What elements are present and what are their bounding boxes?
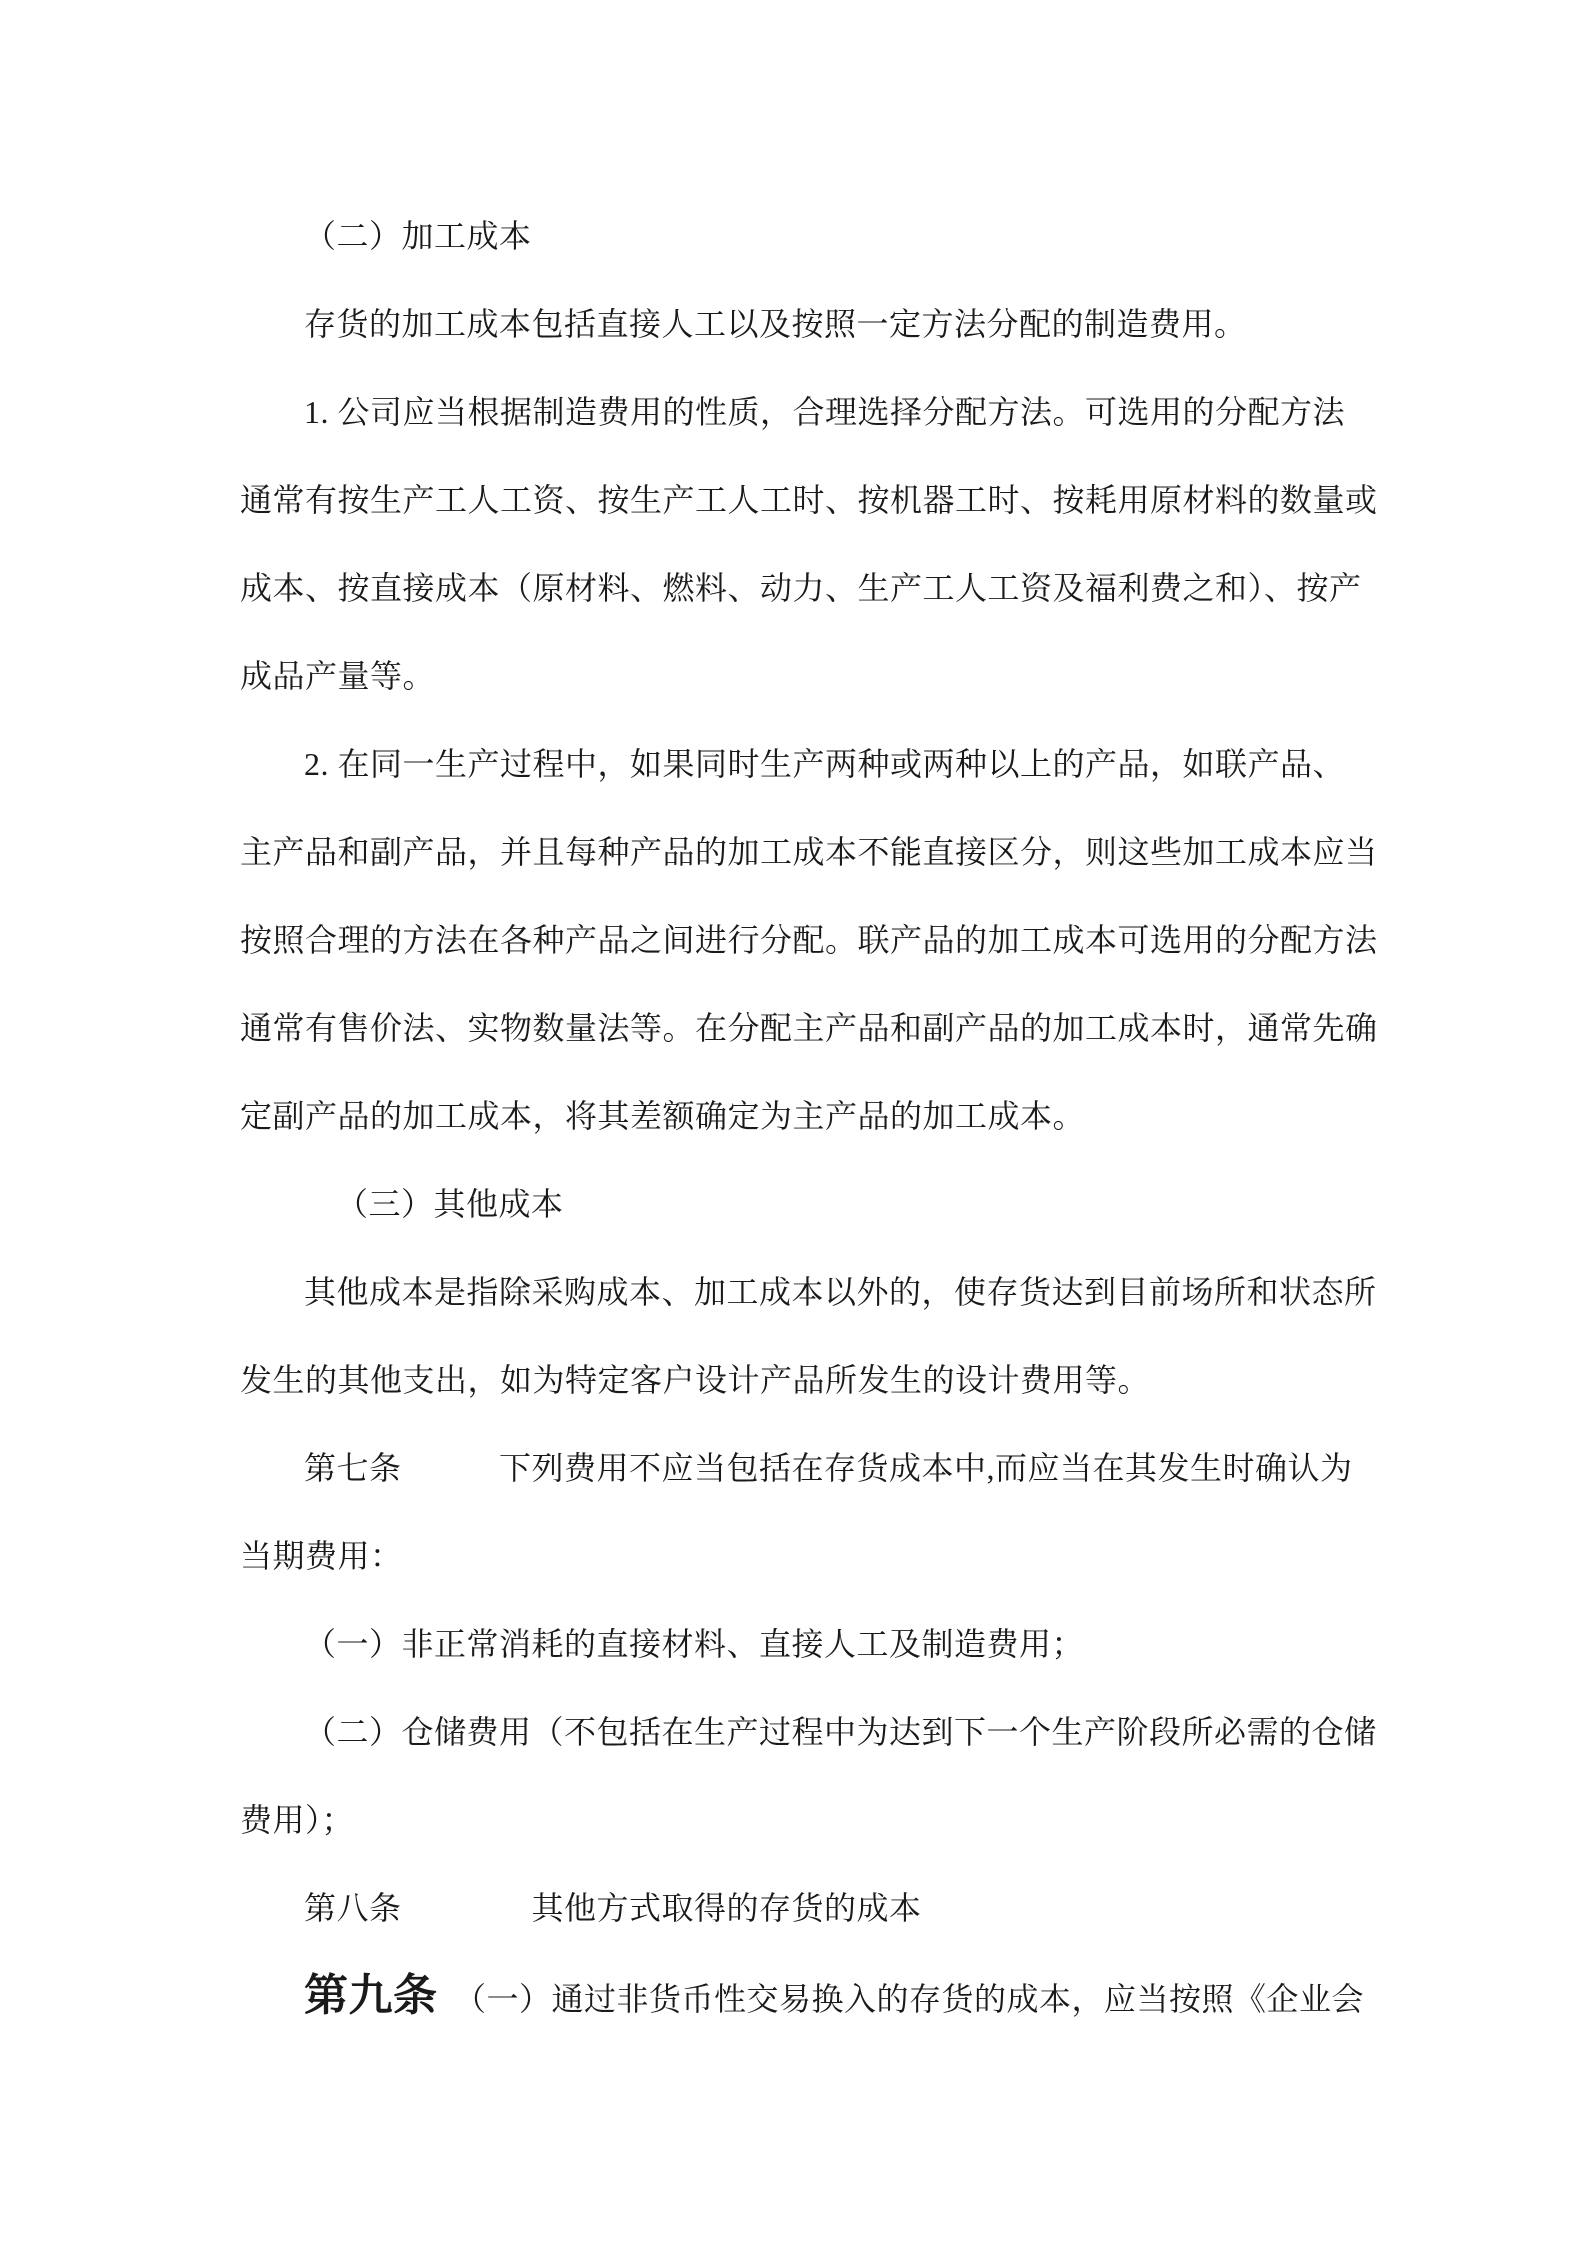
document-line: 第八条 其他方式取得的存货的成本 <box>240 1864 1400 1952</box>
document-line: 存货的加工成本包括直接人工以及按照一定方法分配的制造费用。 <box>240 280 1400 368</box>
line-text: （一）通过非货币性交易换入的存货的成本，应当按照《企业会 <box>438 1981 1365 2017</box>
document-line: 定副产品的加工成本，将其差额确定为主产品的加工成本。 <box>240 1072 1400 1160</box>
document-line: 通常有售价法、实物数量法等。在分配主产品和副产品的加工成本时，通常先确 <box>240 984 1400 1072</box>
document-line: 发生的其他支出，如为特定客户设计产品所发生的设计费用等。 <box>240 1336 1400 1424</box>
document-line: 主产品和副产品，并且每种产品的加工成本不能直接区分，则这些加工成本应当 <box>240 808 1400 896</box>
document-line: 1. 公司应当根据制造费用的性质，合理选择分配方法。可选用的分配方法 <box>240 368 1400 456</box>
document-line: （二）加工成本 <box>240 192 1400 280</box>
document-line: 第九条 （一）通过非货币性交易换入的存货的成本，应当按照《企业会 <box>240 1952 1400 2040</box>
article-number-bold: 第九条 <box>304 1971 438 2020</box>
document-line: 按照合理的方法在各种产品之间进行分配。联产品的加工成本可选用的分配方法 <box>240 896 1400 984</box>
document-line: 成品产量等。 <box>240 632 1400 720</box>
document-line: （一）非正常消耗的直接材料、直接人工及制造费用； <box>240 1600 1400 1688</box>
document-line: （三）其他成本 <box>240 1160 1400 1248</box>
document-line: （二）仓储费用（不包括在生产过程中为达到下一个生产阶段所必需的仓储 <box>240 1688 1400 1776</box>
document-body: （二）加工成本存货的加工成本包括直接人工以及按照一定方法分配的制造费用。1. 公… <box>240 192 1400 2040</box>
document-line: 第七条 下列费用不应当包括在存货成本中,而应当在其发生时确认为 <box>240 1424 1400 1512</box>
document-line: 费用）； <box>240 1776 1400 1864</box>
document-line: 2. 在同一生产过程中，如果同时生产两种或两种以上的产品，如联产品、 <box>240 720 1400 808</box>
document-line: 成本、按直接成本（原材料、燃料、动力、生产工人工资及福利费之和）、按产 <box>240 544 1400 632</box>
document-line: 通常有按生产工人工资、按生产工人工时、按机器工时、按耗用原材料的数量或 <box>240 456 1400 544</box>
document-line: 其他成本是指除采购成本、加工成本以外的，使存货达到目前场所和状态所 <box>240 1248 1400 1336</box>
document-page: （二）加工成本存货的加工成本包括直接人工以及按照一定方法分配的制造费用。1. 公… <box>0 0 1587 2245</box>
document-line: 当期费用： <box>240 1512 1400 1600</box>
